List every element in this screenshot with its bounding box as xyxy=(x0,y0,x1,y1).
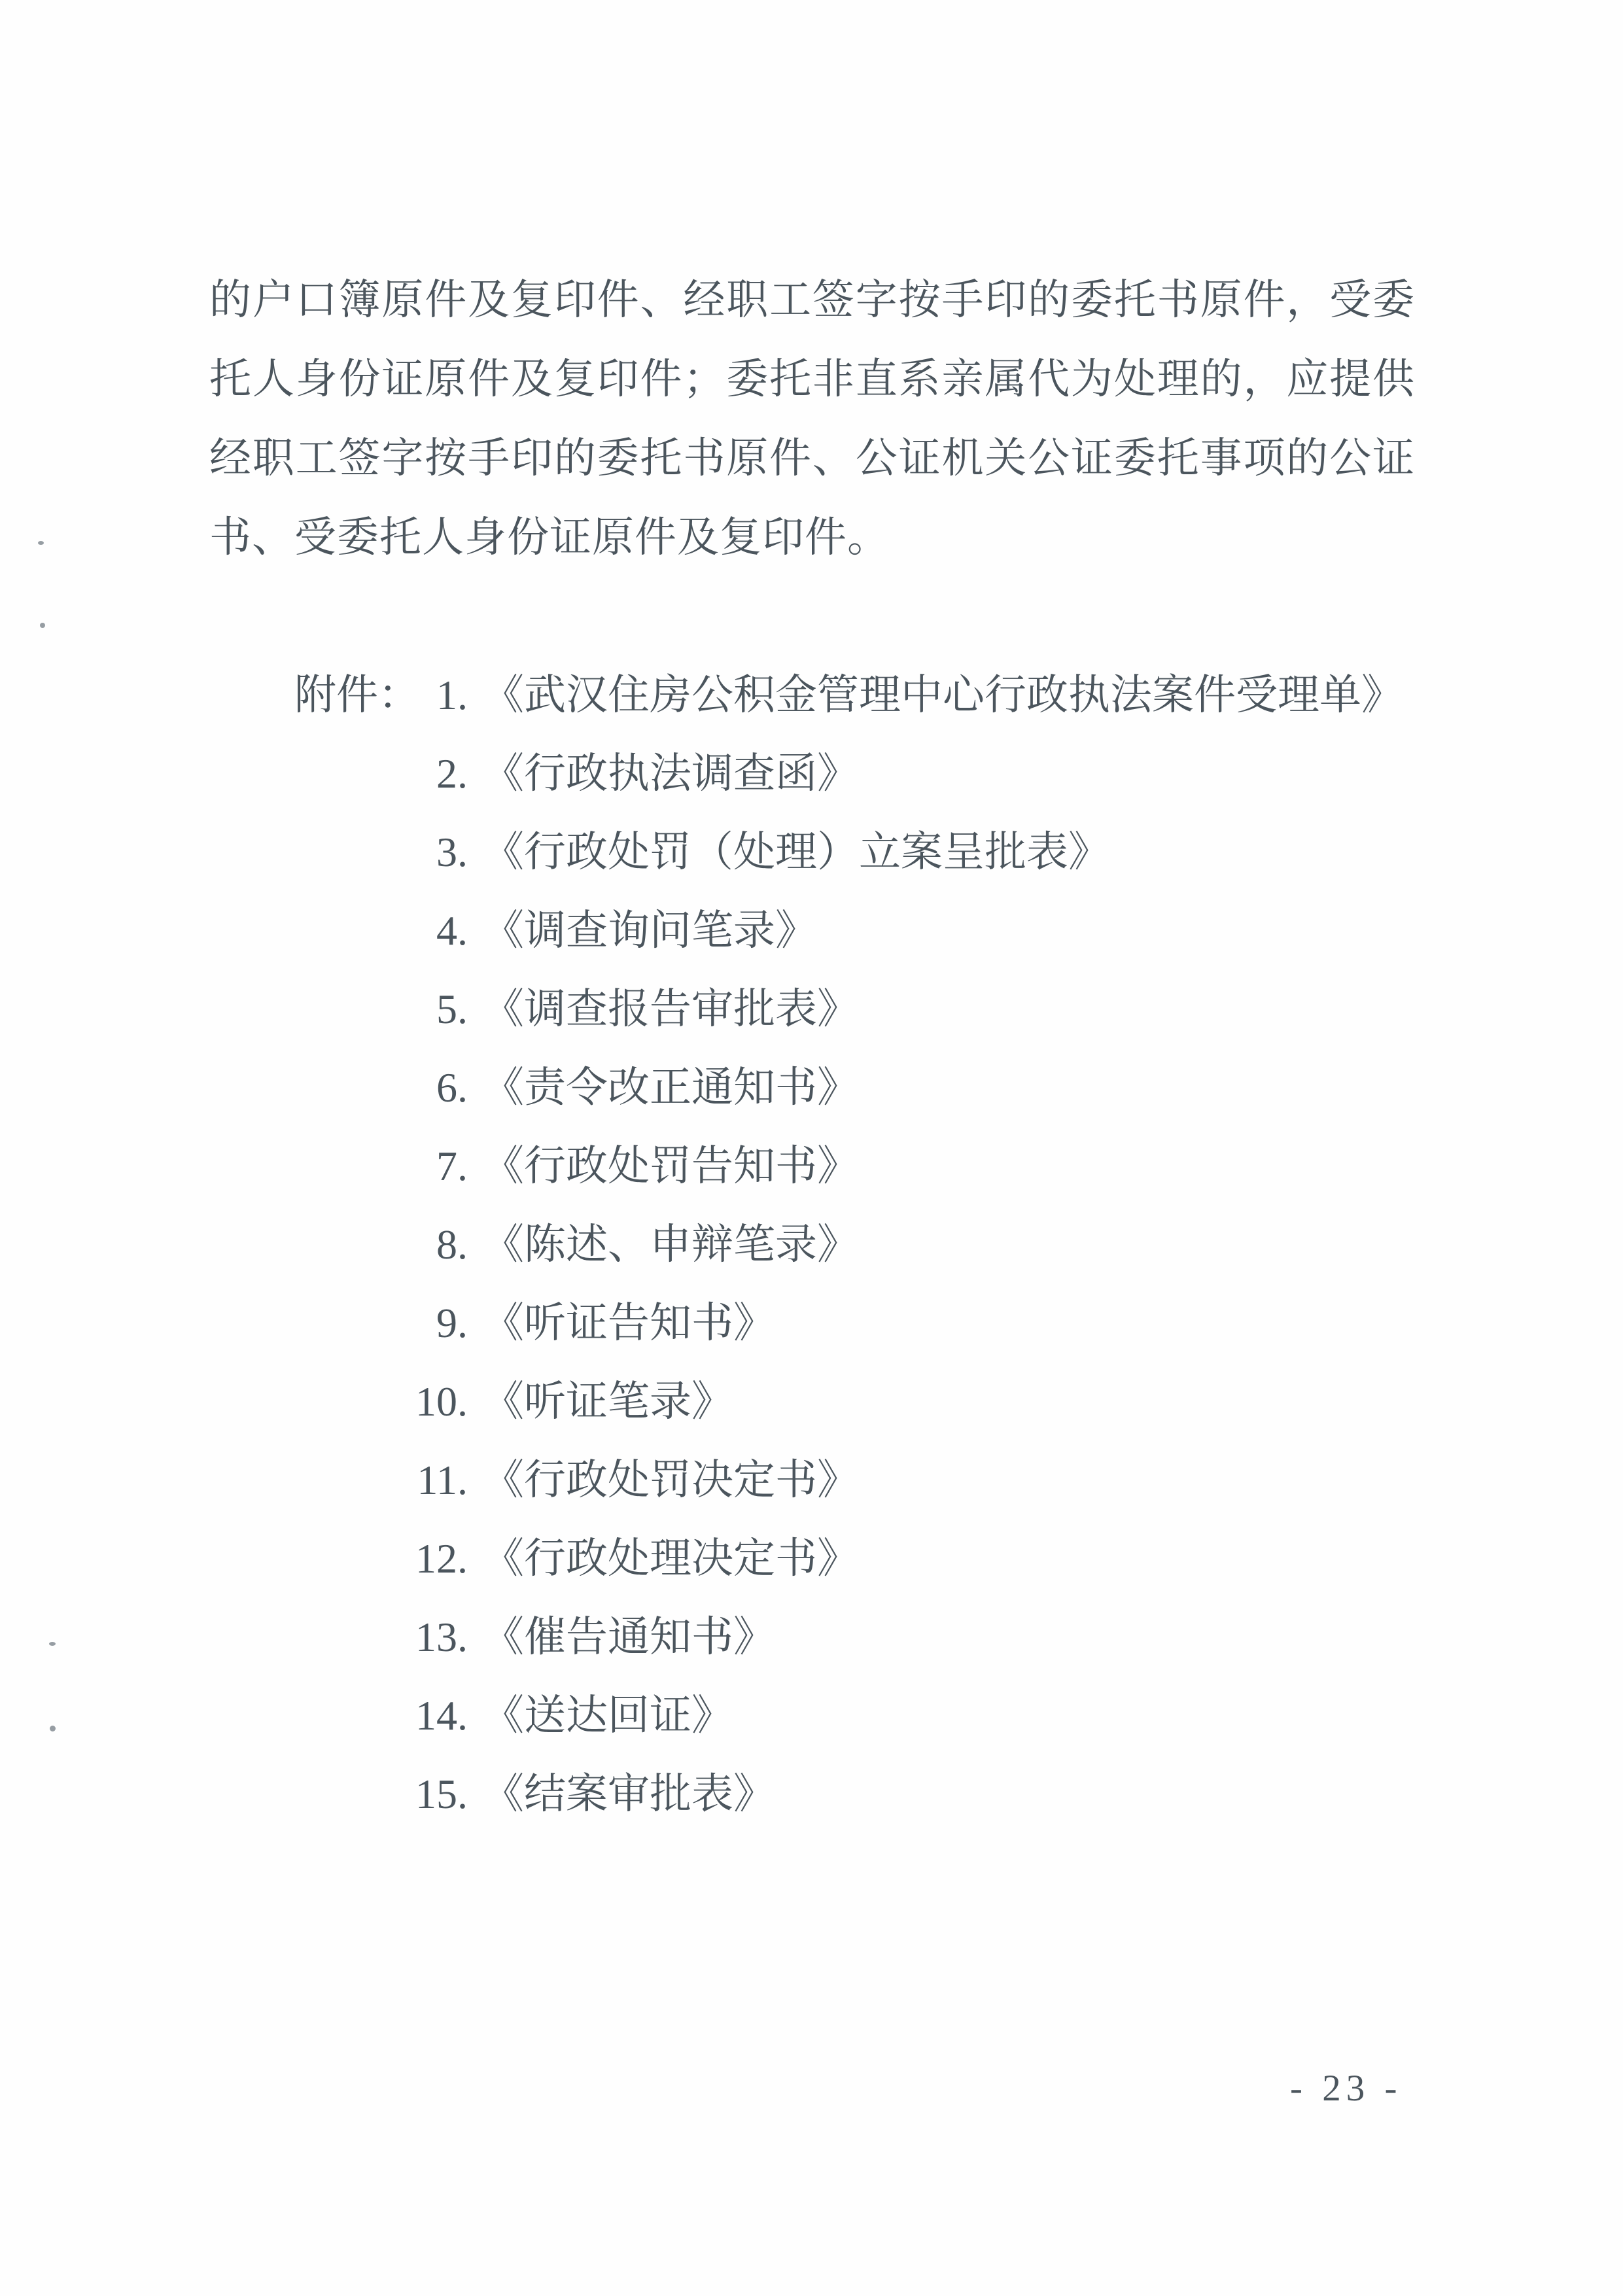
attachment-item: 4. 《调查询问笔录》 xyxy=(409,892,1403,970)
attachment-title: 《调查询问笔录》 xyxy=(482,892,817,970)
attachment-title: 《陈述、申辩笔录》 xyxy=(482,1206,859,1284)
scan-speck xyxy=(40,623,45,628)
attachment-title: 《调查报告审批表》 xyxy=(482,970,859,1049)
attachment-item: 14. 《送达回证》 xyxy=(409,1677,1403,1755)
attachment-item: 8. 《陈述、申辩笔录》 xyxy=(409,1206,1403,1284)
attachment-number: 13. xyxy=(409,1598,468,1677)
attachment-title: 《行政处罚（处理）立案呈批表》 xyxy=(482,813,1110,892)
attachment-number: 14. xyxy=(409,1677,468,1755)
scan-speck xyxy=(38,541,44,545)
attachment-number: 9. xyxy=(409,1284,468,1363)
scan-speck xyxy=(50,1726,56,1731)
attachment-number: 3. xyxy=(409,813,468,892)
attachment-number: 2. xyxy=(409,735,468,813)
attachment-title: 《行政执法调查函》 xyxy=(482,735,859,813)
attachment-number: 5. xyxy=(409,970,468,1049)
attachment-item: 3. 《行政处罚（处理）立案呈批表》 xyxy=(409,813,1403,892)
attachment-title: 《责令改正通知书》 xyxy=(482,1049,859,1127)
attachments-label: 附件： xyxy=(294,656,420,735)
attachment-item: 7. 《行政处罚告知书》 xyxy=(409,1127,1403,1206)
attachments-rows: 1. 《武汉住房公积金管理中心行政执法案件受理单》 2. 《行政执法调查函》 3… xyxy=(409,656,1403,1834)
attachment-number: 8. xyxy=(409,1206,468,1284)
document-page: 的户口簿原件及复印件、经职工签字按手印的委托书原件，受委 托人身份证原件及复印件… xyxy=(0,0,1623,2296)
scan-speck xyxy=(49,1642,56,1646)
attachment-number: 6. xyxy=(409,1049,468,1127)
attachment-item: 2. 《行政执法调查函》 xyxy=(409,735,1403,813)
attachment-item: 13. 《催告通知书》 xyxy=(409,1598,1403,1677)
attachment-item: 9. 《听证告知书》 xyxy=(409,1284,1403,1363)
attachment-number: 7. xyxy=(409,1127,468,1206)
paragraph-line: 托人身份证原件及复印件；委托非直系亲属代为处理的，应提供 xyxy=(209,339,1415,419)
attachment-title: 《结案审批表》 xyxy=(482,1755,775,1834)
attachment-number: 12. xyxy=(409,1520,468,1598)
attachments-list: 附件： 1. 《武汉住房公积金管理中心行政执法案件受理单》 2. 《行政执法调查… xyxy=(294,656,1403,1834)
attachment-item: 12. 《行政处理决定书》 xyxy=(409,1520,1403,1598)
attachment-item: 5. 《调查报告审批表》 xyxy=(409,970,1403,1049)
attachment-item: 10. 《听证笔录》 xyxy=(409,1363,1403,1441)
attachment-title: 《武汉住房公积金管理中心行政执法案件受理单》 xyxy=(482,656,1403,735)
paragraph-line: 的户口簿原件及复印件、经职工签字按手印的委托书原件，受委 xyxy=(209,260,1415,339)
attachment-item: 1. 《武汉住房公积金管理中心行政执法案件受理单》 xyxy=(409,656,1403,735)
attachment-number: 11. xyxy=(409,1441,468,1520)
attachment-item: 15. 《结案审批表》 xyxy=(409,1755,1403,1834)
paragraph-line: 书、受委托人身份证原件及复印件。 xyxy=(209,498,1415,577)
attachment-number: 10. xyxy=(409,1363,468,1441)
attachment-title: 《行政处罚决定书》 xyxy=(482,1441,859,1520)
attachment-number: 4. xyxy=(409,892,468,970)
attachment-item: 6. 《责令改正通知书》 xyxy=(409,1049,1403,1127)
attachment-title: 《送达回证》 xyxy=(482,1677,733,1755)
paragraph-line: 经职工签字按手印的委托书原件、公证机关公证委托事项的公证 xyxy=(209,419,1415,498)
attachment-title: 《催告通知书》 xyxy=(482,1598,775,1677)
body-paragraph: 的户口簿原件及复印件、经职工签字按手印的委托书原件，受委 托人身份证原件及复印件… xyxy=(209,260,1415,577)
attachment-title: 《行政处理决定书》 xyxy=(482,1520,859,1598)
attachment-title: 《听证笔录》 xyxy=(482,1363,733,1441)
attachment-title: 《行政处罚告知书》 xyxy=(482,1127,859,1206)
page-number: - 23 - xyxy=(1290,2067,1402,2110)
attachment-item: 11. 《行政处罚决定书》 xyxy=(409,1441,1403,1520)
attachment-number: 15. xyxy=(409,1755,468,1834)
attachment-title: 《听证告知书》 xyxy=(482,1284,775,1363)
